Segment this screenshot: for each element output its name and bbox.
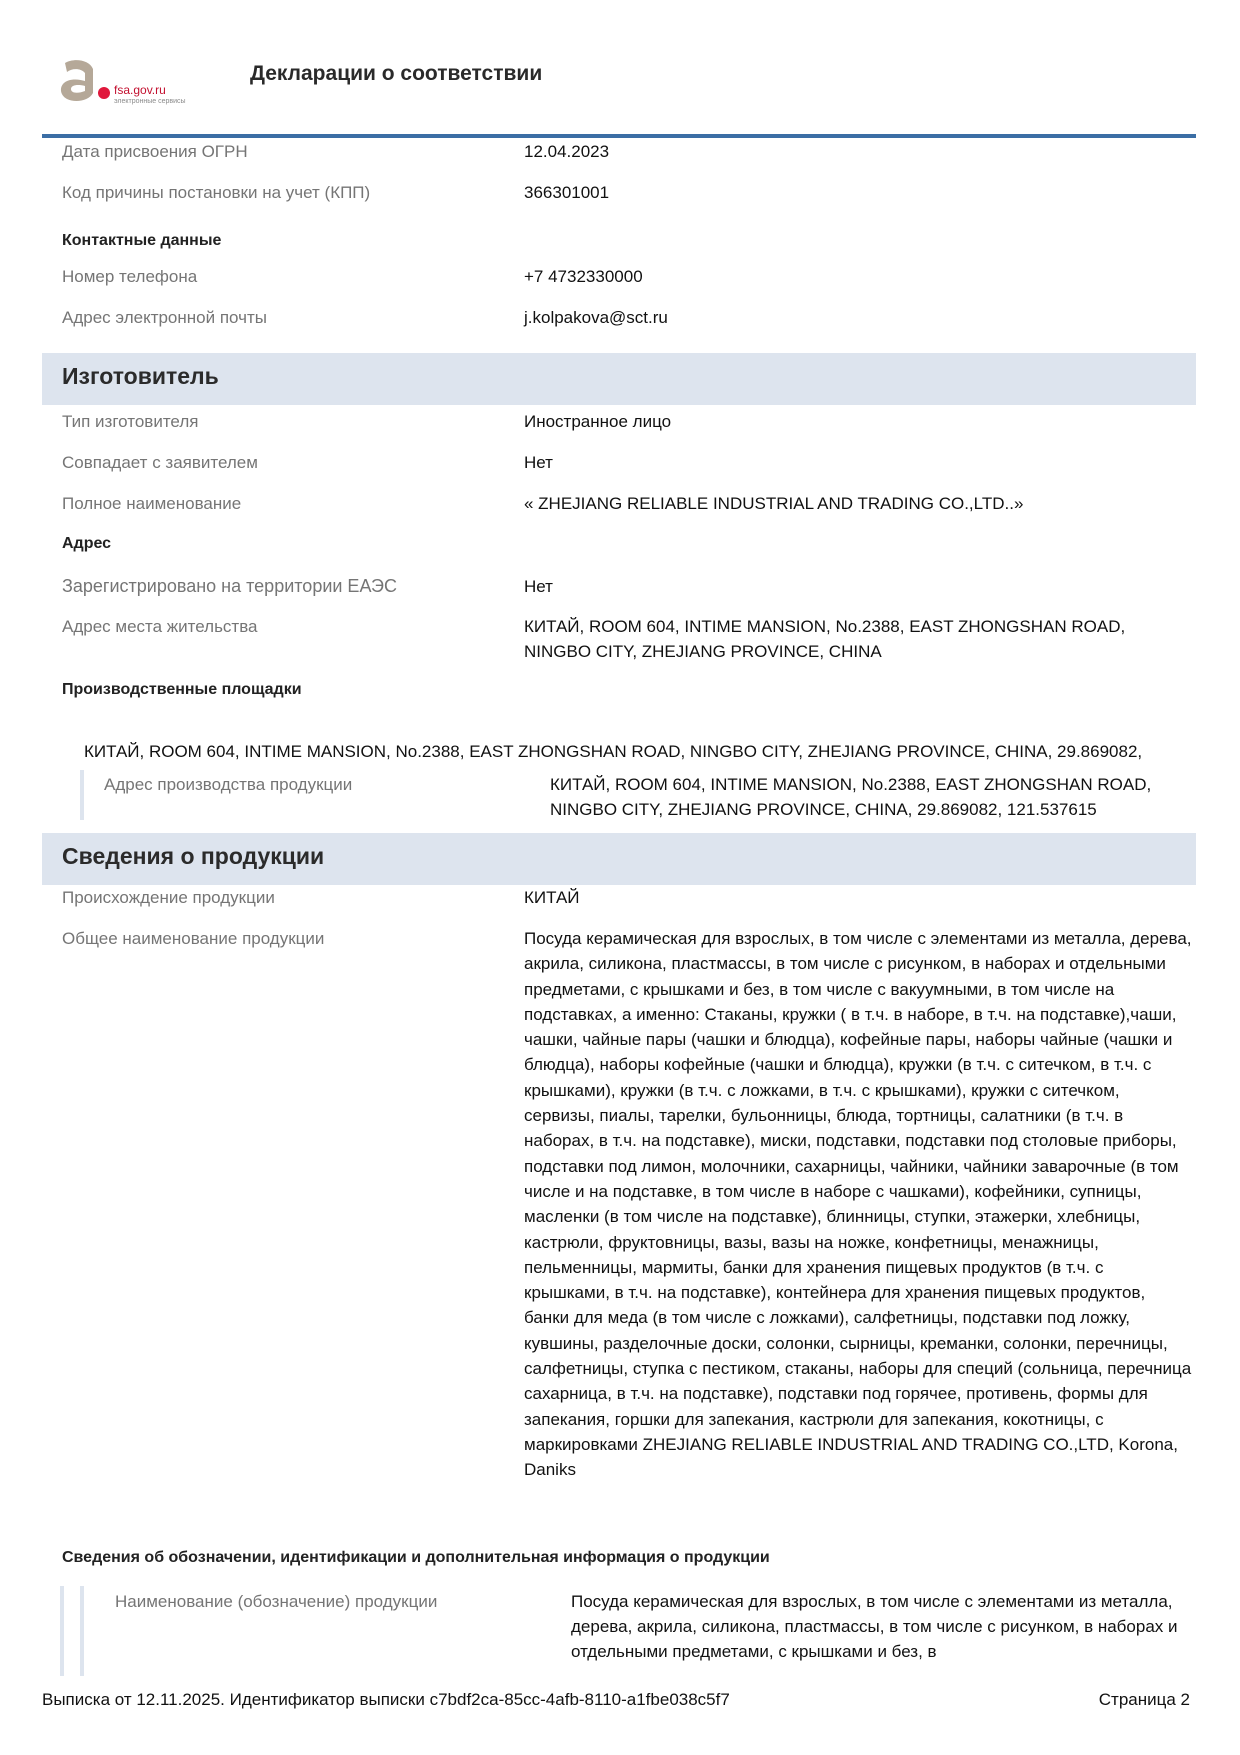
field-label: Тип изготовителя <box>62 409 502 434</box>
nested-indent-bar-outer <box>60 1586 64 1676</box>
document-header: fsa.gov.ru электронные сервисы Деклараци… <box>42 46 1194 136</box>
page-title: Декларации о соответствии <box>250 62 542 86</box>
field-value: Посуда керамическая для взрослых, в том … <box>524 926 1192 1483</box>
field-value: +7 4732330000 <box>524 264 1204 289</box>
nested-indent-bar <box>80 770 84 820</box>
field-value: Нет <box>524 450 1204 475</box>
subheading-identification: Сведения об обозначении, идентификации и… <box>62 1549 770 1567</box>
field-value: Нет <box>524 574 1204 599</box>
field-value: j.kolpakova@sct.ru <box>524 305 1204 330</box>
field-label: Дата присвоения ОГРН <box>62 139 502 164</box>
field-value: 366301001 <box>524 180 1204 205</box>
field-label: Зарегистрировано на территории ЕАЭС <box>62 574 502 599</box>
field-value: КИТАЙ, ROOM 604, INTIME MANSION, No.2388… <box>524 614 1184 664</box>
logo-red-dot-icon <box>98 87 110 99</box>
field-value: КИТАЙ <box>524 885 1204 910</box>
field-value: « ZHEJIANG RELIABLE INDUSTRIAL AND TRADI… <box>524 491 1204 516</box>
section-title: Изготовитель <box>62 363 219 390</box>
field-label: Общее наименование продукции <box>62 926 502 951</box>
field-label: Происхождение продукции <box>62 885 502 910</box>
page-number: Страница 2 <box>1099 1690 1190 1710</box>
section-manufacturer: Изготовитель <box>42 353 1196 405</box>
subheading-address: Адрес <box>62 535 111 553</box>
field-label: Полное наименование <box>62 491 502 516</box>
field-label: Адрес места жительства <box>62 614 502 639</box>
header-divider <box>42 134 1196 138</box>
field-value: Посуда керамическая для взрослых, в том … <box>571 1589 1191 1664</box>
document-page: fsa.gov.ru электронные сервисы Деклараци… <box>0 0 1240 1755</box>
logo-domain-text: fsa.gov.ru <box>114 83 166 97</box>
field-label: Наименование (обозначение) продукции <box>115 1589 437 1614</box>
subheading-production-sites: Производственные площадки <box>62 681 302 699</box>
field-label: Код причины постановки на учет (КПП) <box>62 180 502 205</box>
field-label: Адрес электронной почты <box>62 305 502 330</box>
field-label: Номер телефона <box>62 264 502 289</box>
field-value: КИТАЙ, ROOM 604, INTIME MANSION, No.2388… <box>550 772 1200 822</box>
fsa-a-logo-icon <box>59 59 97 103</box>
field-value: 12.04.2023 <box>524 139 1204 164</box>
section-product: Сведения о продукции <box>42 833 1196 885</box>
logo-subtitle: электронные сервисы <box>114 98 186 105</box>
fsa-logo: fsa.gov.ru электронные сервисы <box>59 59 209 119</box>
section-title: Сведения о продукции <box>62 843 324 870</box>
extract-identifier: Выписка от 12.11.2025. Идентификатор вып… <box>42 1690 730 1710</box>
field-label: Адрес производства продукции <box>104 772 352 797</box>
nested-indent-bar-inner <box>80 1586 84 1676</box>
field-label: Совпадает с заявителем <box>62 450 502 475</box>
production-site-summary: КИТАЙ, ROOM 604, INTIME MANSION, No.2388… <box>84 742 1142 762</box>
field-value: Иностранное лицо <box>524 409 1204 434</box>
subheading-contacts: Контактные данные <box>62 232 221 250</box>
